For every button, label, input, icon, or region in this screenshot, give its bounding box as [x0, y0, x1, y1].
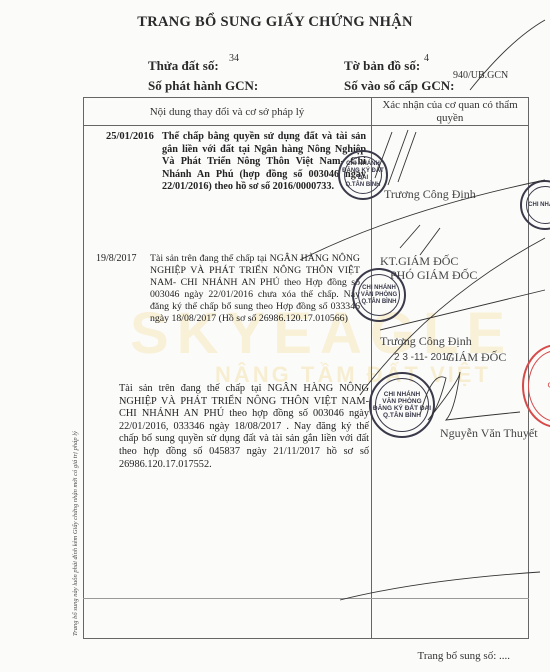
map-sheet-label: Tờ bản đồ số: — [344, 58, 420, 74]
office-stamp-4: CHI NHÁNHVĂN PHÒNGĐĂNG KÝ ĐẤT ĐAIQ.TÂN B… — [369, 372, 435, 438]
entry-1-signer-name: Trương Công Định — [384, 187, 476, 202]
entry-3-signer-title: GIÁM ĐỐC — [446, 350, 506, 365]
office-stamp-1: CHI NHÁNHĐĂNG KÝ ĐẤT ĐAIQ.TÂN BÌNH — [338, 150, 388, 200]
header-content: Nội dung thay đổi và cơ sở pháp lý — [83, 106, 371, 118]
office-stamp-3: CHI NHÁNHVĂN PHÒNGQ.TÂN BÌNH — [352, 268, 406, 322]
document-title: TRANG BỔ SUNG GIẤY CHỨNG NHẬN — [0, 14, 550, 31]
header-divider — [83, 125, 529, 126]
entry-2-signer-title-2: PHÓ GIÁM ĐỐC — [390, 268, 477, 283]
entry-1-content: Thế chấp bằng quyền sử dụng đất và tài s… — [162, 131, 366, 194]
entry-2-signer-name: Trương Công Định — [380, 334, 472, 349]
certificate-issue-number-label: Số phát hành GCN: — [148, 78, 258, 94]
entry-2-signer-title-1: KT.GIÁM ĐỐC — [380, 254, 458, 269]
side-note: Trang bổ sung này luôn phải đính kèm Giấ… — [72, 431, 79, 636]
entry-2-date: 19/8/2017 — [96, 253, 137, 264]
map-sheet-value: 4 — [424, 53, 429, 64]
header-confirmation: Xác nhận của cơ quan có thẩm quyền — [375, 99, 525, 125]
certificate-register-value: 940/UB.GCN — [453, 70, 508, 81]
entry-3-content: Tài sản trên đang thế chấp tại NGÂN HÀNG… — [119, 383, 369, 471]
bottom-row-divider — [83, 598, 529, 599]
entry-1-date: 25/01/2016 — [106, 131, 154, 142]
entry-3-signer-name: Nguyễn Văn Thuyết — [440, 426, 538, 441]
certificate-register-label: Số vào sổ cấp GCN: — [344, 78, 455, 94]
parcel-number-label: Thửa đất số: — [148, 58, 219, 74]
parcel-number-value: 34 — [229, 53, 239, 64]
supplement-page-number: Trang bổ sung số: .... — [418, 650, 511, 662]
entry-2-content: Tài sản trên đang thế chấp tại NGÂN HÀNG… — [150, 253, 360, 325]
entry-3-date: 2 3 -11- 2017 — [394, 352, 453, 363]
